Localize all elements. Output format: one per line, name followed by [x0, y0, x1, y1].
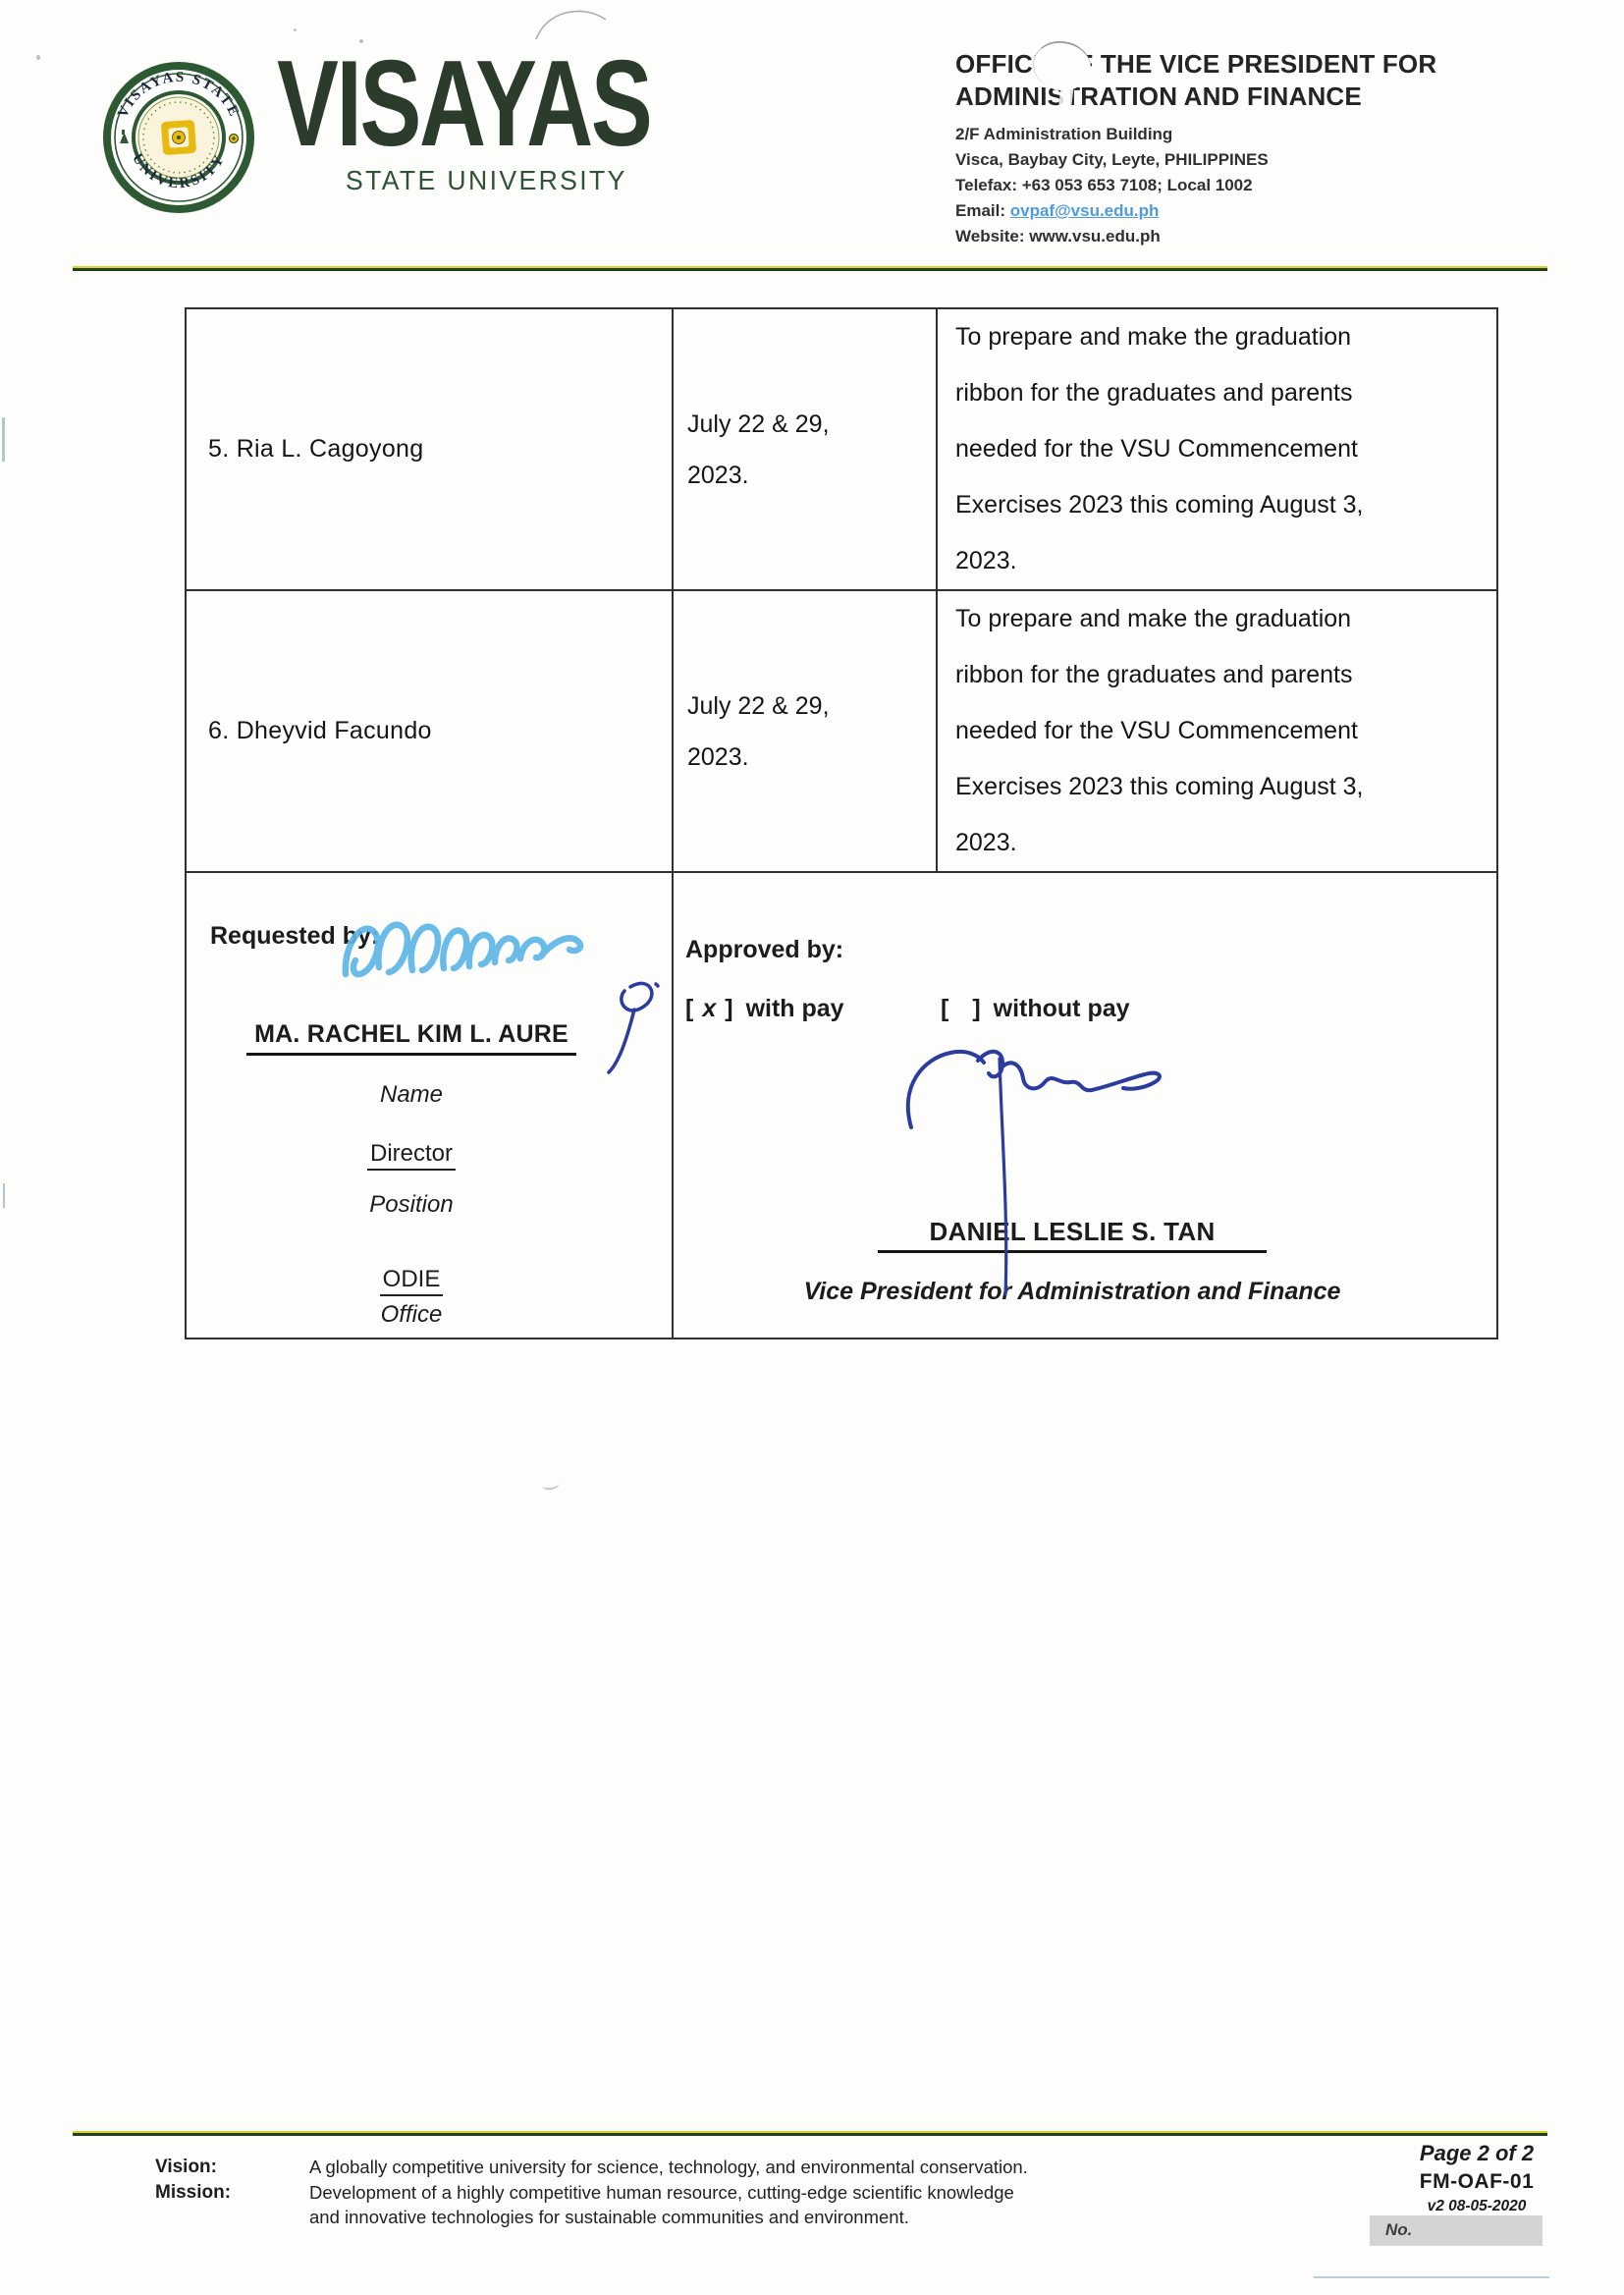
- seal-gear-icon: [230, 135, 239, 143]
- email-link: ovpaf@vsu.edu.ph: [1010, 201, 1160, 220]
- purpose-line: needed for the VSU Commencement: [955, 421, 1485, 477]
- address-line-city: Visca, Baybay City, Leyte, PHILIPPINES: [955, 147, 1505, 173]
- seal-center-emblem: [161, 120, 196, 155]
- date-line: July 22 & 29,: [687, 399, 935, 450]
- purpose-line: needed for the VSU Commencement: [955, 703, 1485, 759]
- requested-position: Director: [187, 1140, 636, 1168]
- date-line: July 22 & 29,: [687, 681, 935, 732]
- requested-office: ODIE: [187, 1266, 636, 1293]
- personnel-schedule-table: 5. Ria L. Cagoyong July 22 & 29, 2023. T…: [185, 307, 1498, 1339]
- table-row: 6. Dheyvid Facundo July 22 & 29, 2023. T…: [186, 590, 1497, 872]
- schedule-date-cell: July 22 & 29, 2023.: [673, 308, 937, 590]
- approved-by-section: Approved by: [x]with pay []without pay D…: [673, 872, 1497, 1339]
- vision-text: A globally competitive university for sc…: [309, 2157, 1028, 2178]
- requested-position-text: Director: [367, 1140, 456, 1171]
- scan-speck: [294, 28, 297, 31]
- purpose-line: Exercises 2023 this coming August 3,: [955, 759, 1485, 815]
- table-row: 5. Ria L. Cagoyong July 22 & 29, 2023. T…: [186, 308, 1497, 590]
- form-number-label: No.: [1370, 2215, 1543, 2240]
- letterhead-divider-rule: [73, 266, 1547, 271]
- form-code: FM-OAF-01: [1403, 2170, 1550, 2194]
- office-title-line2: ADMINISTRATION AND FINANCE: [955, 81, 1505, 113]
- page-number: Page 2 of 2: [1403, 2141, 1550, 2166]
- date-line: 2023.: [687, 732, 935, 783]
- office-caption: Office: [187, 1301, 636, 1329]
- form-version: v2 08-05-2020: [1403, 2198, 1550, 2215]
- requested-office-text: ODIE: [380, 1266, 444, 1296]
- table-row-signoff: Requested by: MA. RACHEL KIM L. AURE Nam…: [186, 872, 1497, 1339]
- requested-name-text: MA. RACHEL KIM L. AURE: [246, 1020, 576, 1056]
- mission-label: Mission:: [155, 2182, 231, 2204]
- mission-text-line1: Development of a highly competitive huma…: [309, 2182, 1014, 2204]
- purpose-line: 2023.: [955, 815, 1485, 871]
- approved-name-text: DANIEL LESLIE S. TAN: [878, 1217, 1266, 1253]
- form-number-box: No.: [1370, 2215, 1543, 2246]
- purpose-cell: To prepare and make the graduation ribbo…: [937, 308, 1497, 590]
- approved-name: DANIEL LESLIE S. TAN: [674, 1217, 1471, 1247]
- date-line: 2023.: [687, 450, 935, 501]
- mission-text-line2: and innovative technologies for sustaina…: [309, 2207, 909, 2228]
- purpose-line: To prepare and make the graduation: [955, 591, 1485, 647]
- purpose-cell: To prepare and make the graduation ribbo…: [937, 590, 1497, 872]
- address-line-email: Email: ovpaf@vsu.edu.ph: [955, 198, 1505, 224]
- purpose-line: ribbon for the graduates and parents: [955, 647, 1485, 703]
- vision-label: Vision:: [155, 2157, 217, 2178]
- schedule-date-cell: July 22 & 29, 2023.: [673, 590, 937, 872]
- position-caption: Position: [187, 1191, 636, 1219]
- scan-speck: [36, 55, 40, 60]
- address-line-website: Website: www.vsu.edu.ph: [955, 224, 1505, 249]
- requested-name: MA. RACHEL KIM L. AURE: [187, 1020, 636, 1049]
- purpose-line: To prepare and make the graduation: [955, 309, 1485, 365]
- university-seal: VISAYAS STATE UNIVERSITY: [102, 61, 255, 214]
- personnel-name-cell: 6. Dheyvid Facundo: [186, 590, 673, 872]
- footer-divider-rule: [73, 2131, 1547, 2136]
- address-line-building: 2/F Administration Building: [955, 122, 1505, 147]
- purpose-line: 2023.: [955, 533, 1485, 589]
- purpose-line: ribbon for the graduates and parents: [955, 365, 1485, 421]
- scan-edge-line: [1314, 2276, 1549, 2278]
- scan-speck: [359, 39, 363, 43]
- address-line-telefax: Telefax: +63 053 653 7108; Local 1002: [955, 173, 1505, 198]
- scan-streak: [3, 1183, 5, 1208]
- approved-position-text: Vice President for Administration and Fi…: [674, 1278, 1471, 1306]
- scan-pencil-mark: [541, 1478, 559, 1491]
- scan-streak: [2, 417, 5, 462]
- email-label: Email:: [955, 201, 1010, 220]
- scan-scratch-arc: [536, 11, 606, 39]
- university-wordmark: VISAYAS: [277, 43, 650, 165]
- university-wordmark-subtitle: STATE UNIVERSITY: [346, 165, 627, 196]
- name-caption: Name: [187, 1081, 636, 1109]
- requested-by-section: Requested by: MA. RACHEL KIM L. AURE Nam…: [186, 872, 673, 1339]
- personnel-name-cell: 5. Ria L. Cagoyong: [186, 308, 673, 590]
- scanned-document-page: VISAYAS STATE UNIVERSITY VISAYAS STATE U…: [0, 0, 1624, 2295]
- purpose-line: Exercises 2023 this coming August 3,: [955, 477, 1485, 533]
